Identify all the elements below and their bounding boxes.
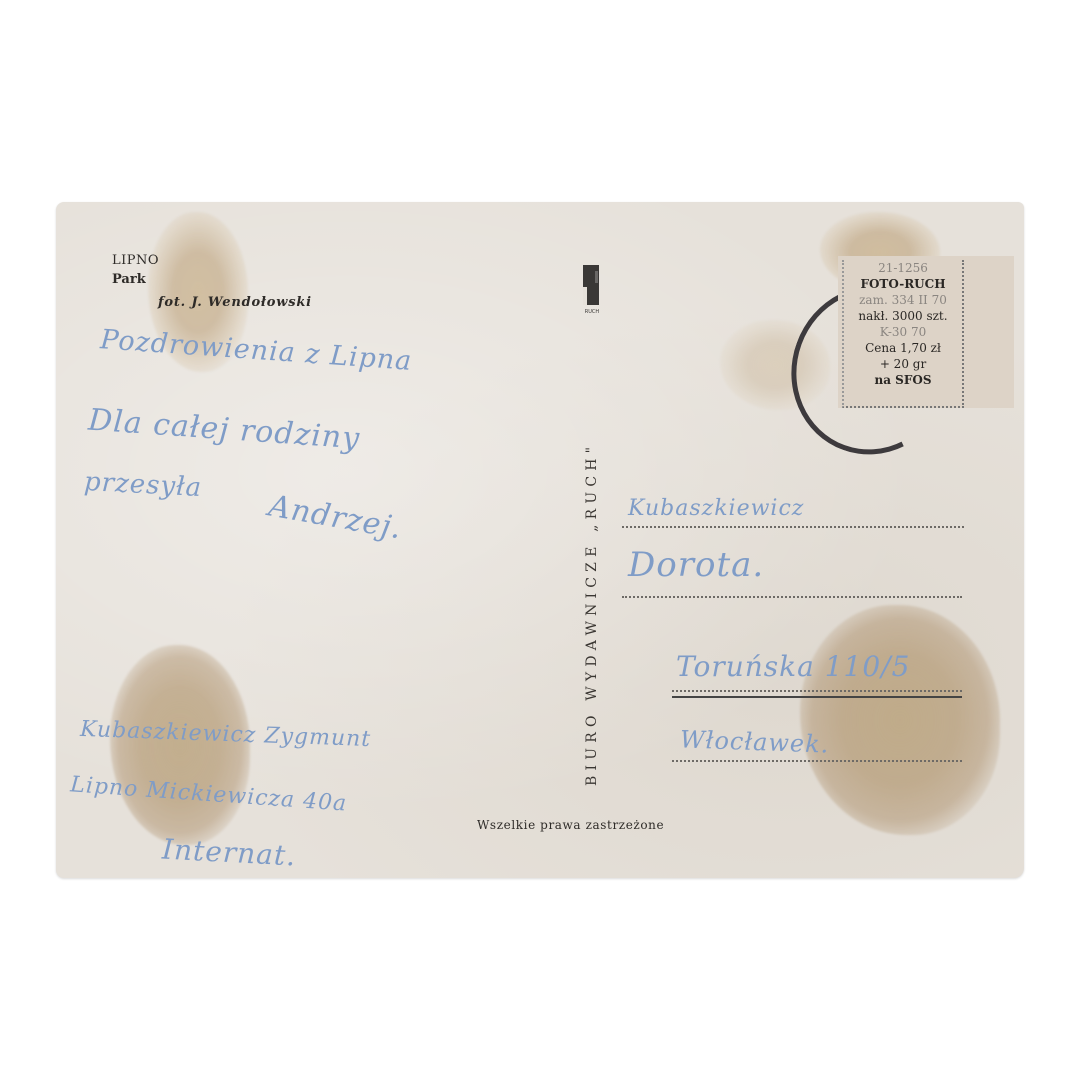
publisher-vertical-text: BIURO WYDAWNICZE „RUCH" xyxy=(584,442,600,786)
sender-line-3: Internat. xyxy=(161,833,297,873)
recipient-line-4: Włocławek. xyxy=(680,725,830,758)
message-line-3: przesyła xyxy=(83,467,203,503)
address-underline xyxy=(672,696,962,698)
recipient-line-2: Dorota. xyxy=(628,545,764,585)
recipient-line-3: Toruńska 110/5 xyxy=(676,650,910,683)
rights-notice: Wszelkie prawa zastrzeżone xyxy=(477,818,664,832)
svg-text:RUCH: RUCH xyxy=(585,309,600,315)
ruch-logo-icon: RUCH xyxy=(581,263,603,309)
recipient-line-1: Kubaszkiewicz xyxy=(628,496,804,521)
photo-credit: fot. J. Wendołowski xyxy=(158,295,312,310)
stamp-imprint: 21-1256 FOTO-RUCH zam. 334 II 70 nakł. 3… xyxy=(842,260,964,408)
address-line-2 xyxy=(622,596,962,598)
caption-subject: Park xyxy=(112,272,146,287)
address-line-4 xyxy=(672,760,962,762)
address-line-1 xyxy=(622,526,964,528)
address-line-3 xyxy=(672,690,962,692)
price-stamp: 21-1256 FOTO-RUCH zam. 334 II 70 nakł. 3… xyxy=(838,256,1014,408)
caption-place: LIPNO xyxy=(112,253,159,268)
